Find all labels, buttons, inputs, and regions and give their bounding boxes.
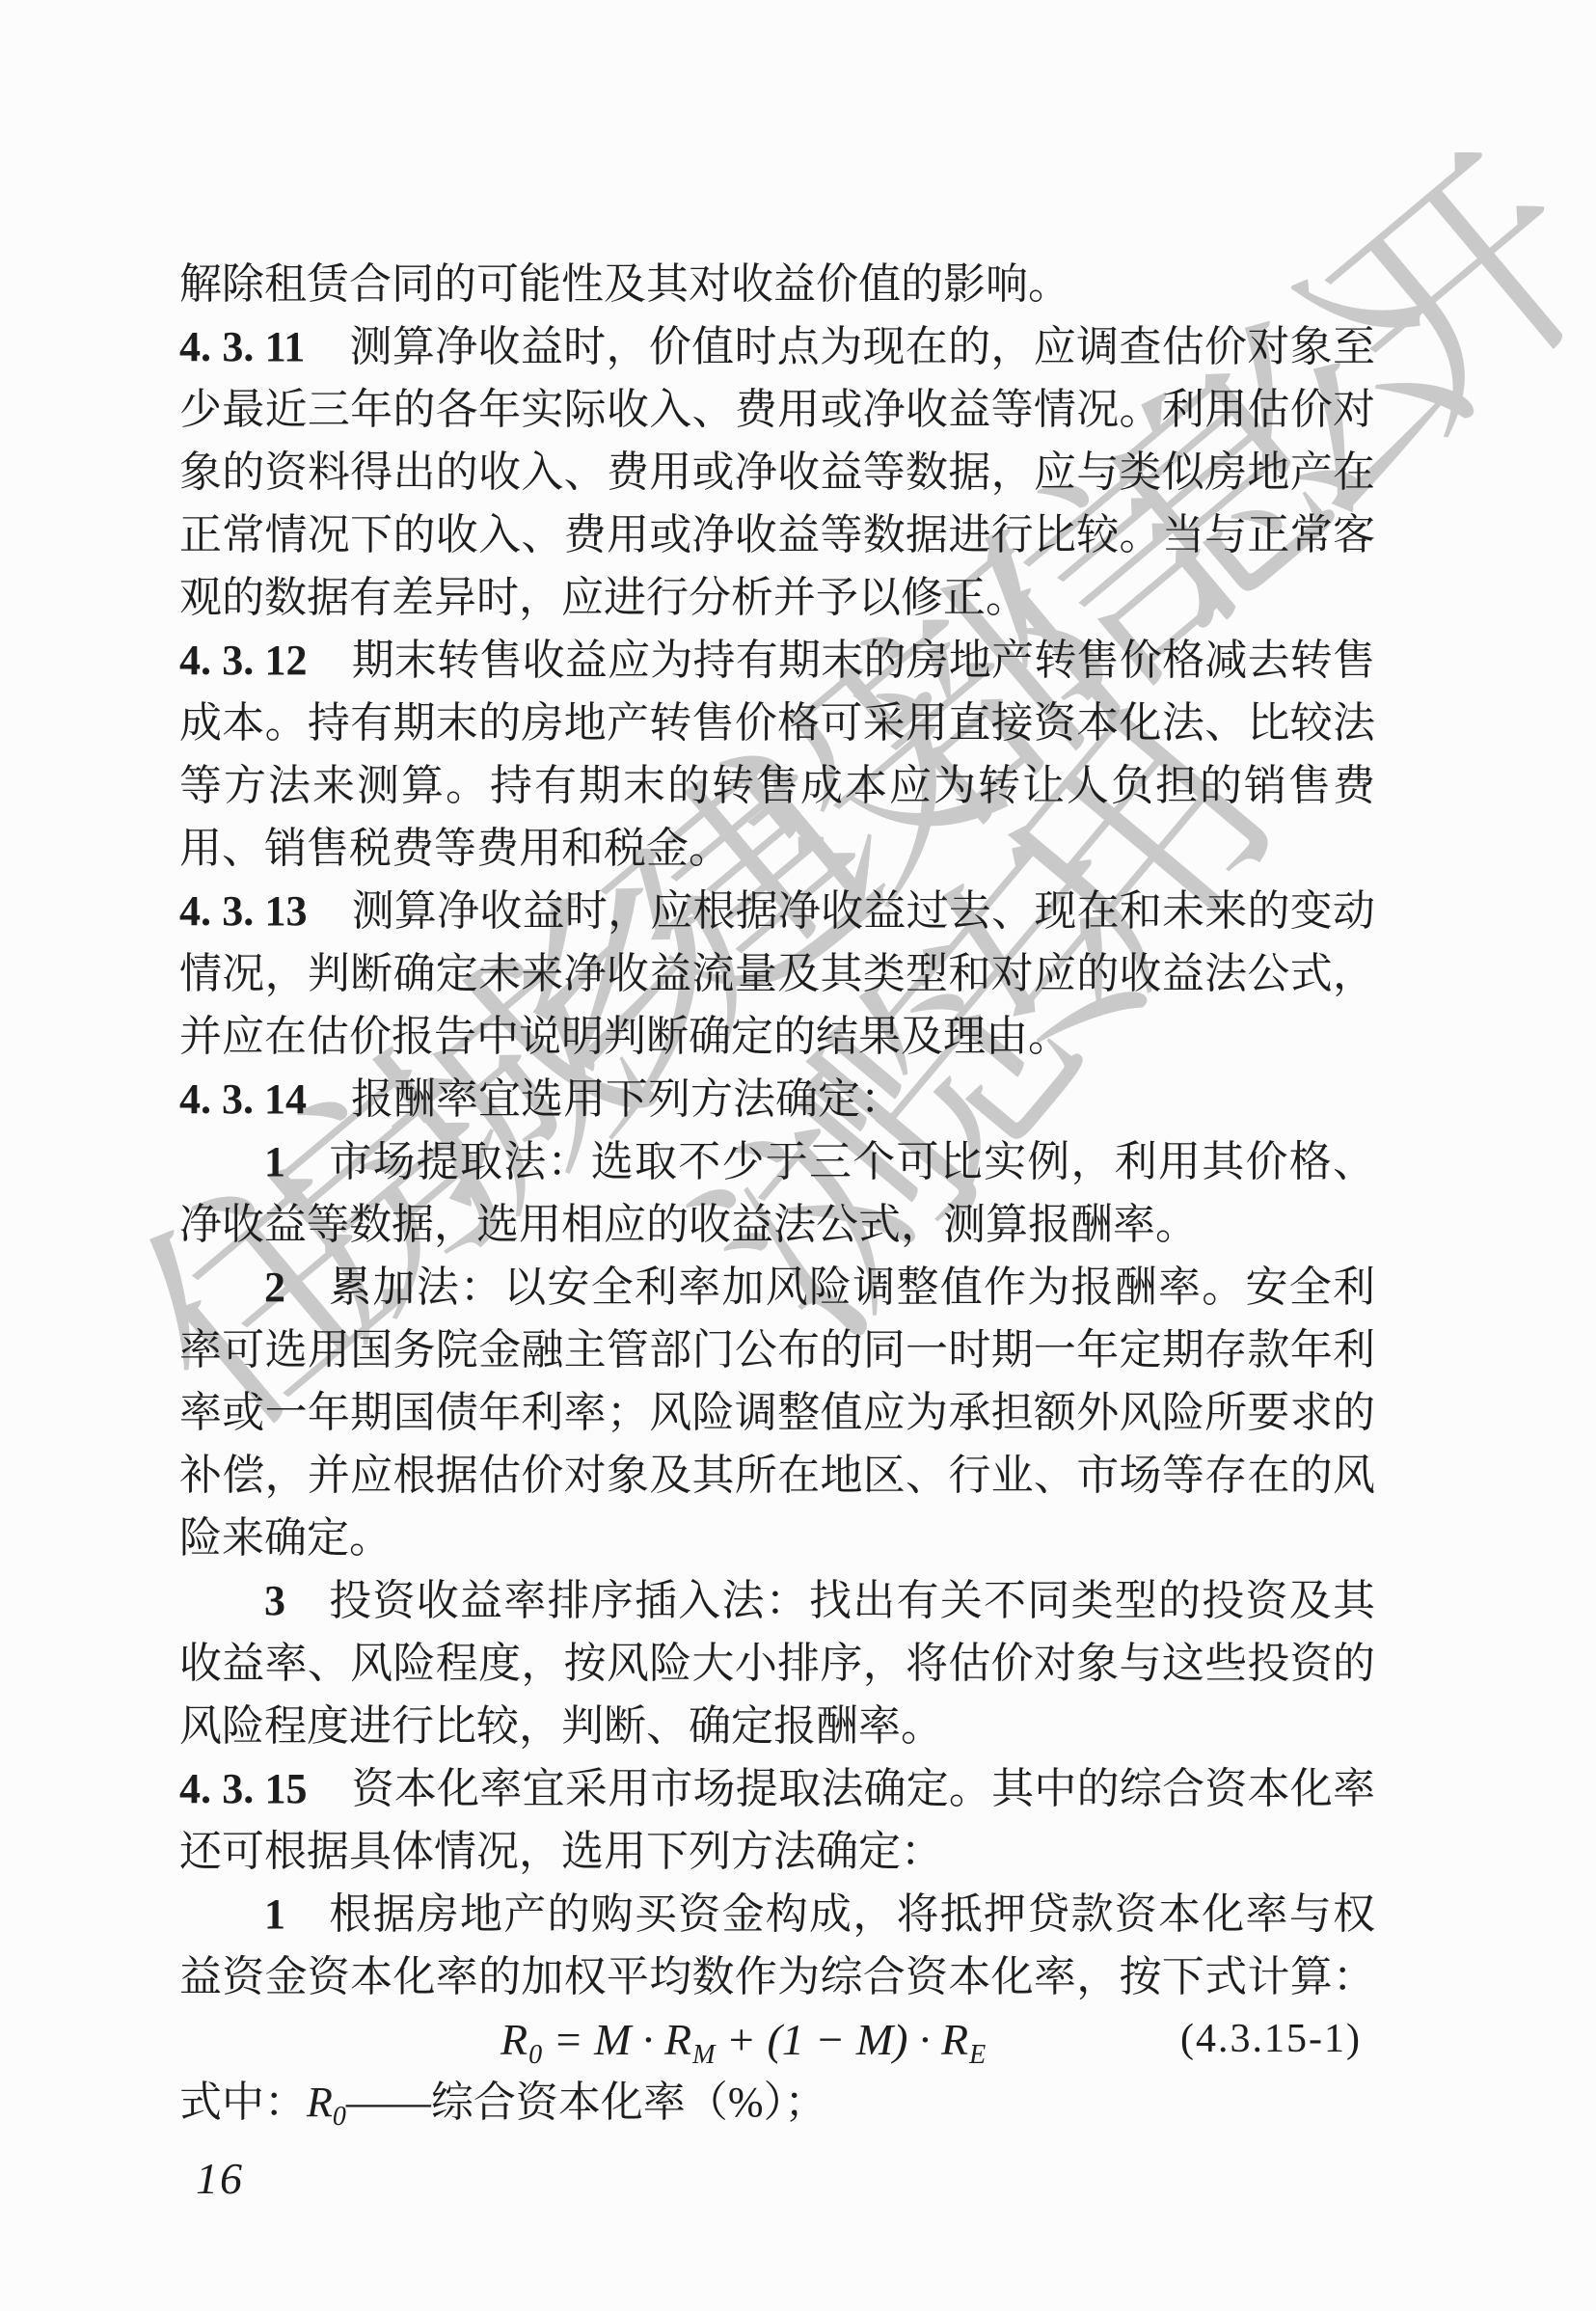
clause-number: 4. 3. 11 [179,323,305,370]
line-text: 报酬率宜选用下列方法确定： [351,1075,903,1123]
line-text: 期末转售收益应为持有期末的房地产转售价格减去转售 [351,637,1375,684]
clause-number: 4. 3. 13 [179,887,307,935]
line-text: 益资金资本化率的加权平均数作为综合资本化率，按下式计算： [179,1953,1375,2000]
clause-number: 4. 3. 15 [179,1765,307,1812]
text-line: 险来确定。 [179,1507,1375,1569]
formula-term: = [542,2015,594,2064]
line-text: 用、销售税费等费用和税金。 [179,825,731,872]
text-line: 4. 3. 12期末转售收益应为持有期末的房地产转售价格减去转售 [179,629,1375,692]
text-line: 净收益等数据，选用相应的收益法公式，测算报酬率。 [179,1193,1375,1256]
line-text: 正常情况下的收入、费用或净收益等数据进行比较。当与正常客 [179,511,1375,558]
formula-term: R [500,2015,527,2064]
clause-number: 2 [264,1264,285,1311]
text-line: 1市场提取法：选取不少于三个可比实例，利用其价格、 [179,1130,1375,1193]
text-line: 2累加法：以安全利率加风险调整值作为报酬率。安全利 [179,1256,1375,1319]
text-line: 补偿，并应根据估价对象及其所在地区、行业、市场等存在的风 [179,1444,1375,1507]
text-line: 观的数据有差异时，应进行分析并予以修正。 [179,566,1375,629]
text-line: 收益率、风险程度，按风险大小排序，将估价对象与这些投资的 [179,1632,1375,1695]
text-line: 4. 3. 14报酬率宜选用下列方法确定： [179,1068,1375,1130]
legend-dash: —— [346,2079,431,2126]
page-number: 16 [196,2153,244,2204]
text-line: 4. 3. 15资本化率宜采用市场提取法确定。其中的综合资本化率 [179,1757,1375,1820]
formula-term: ) · [893,2015,941,2064]
formula-subscript: M [692,2040,715,2070]
line-text: 情况，判断确定未来净收益流量及其类型和对应的收益法公式， [179,950,1375,997]
document-page: 住房城乡建设部信息公开 浏览专用 解除租赁合同的可能性及其对收益价值的影响。4.… [0,0,1596,2311]
text-line: 4. 3. 13测算净收益时，应根据净收益过去、现在和未来的变动 [179,880,1375,942]
line-text: 风险程度进行比较，判断、确定报酬率。 [179,1702,943,1750]
line-text: 测算净收益时，价值时点为现在的，应调查估价对象至 [349,323,1375,370]
clause-number: 1 [264,1138,285,1185]
text-line: 并应在估价报告中说明判断确定的结果及理由。 [179,1005,1375,1068]
line-text: 还可根据具体情况，选用下列方法确定： [179,1828,943,1875]
text-line: 益资金资本化率的加权平均数作为综合资本化率，按下式计算： [179,1945,1375,2008]
line-text: 成本。持有期末的房地产转售价格可采用直接资本化法、比较法 [179,699,1375,747]
line-text: 少最近三年的各年实际收入、费用或净收益等情况。利用估价对 [179,386,1375,433]
formula-subscript: 0 [528,2040,542,2070]
legend-variable-subscript: 0 [333,2102,346,2132]
clause-number: 4. 3. 12 [179,637,307,684]
text-line: 1根据房地产的购买资金构成，将抵押贷款资本化率与权 [179,1883,1375,1945]
clause-number: 1 [264,1890,285,1938]
formula-subscript: E [969,2040,986,2070]
line-text: 险来确定。 [179,1514,392,1562]
legend-variable: R [307,2079,333,2126]
text-line: 率或一年期国债年利率；风险调整值应为承担额外风险所要求的 [179,1381,1375,1444]
line-text: 净收益等数据，选用相应的收益法公式，测算报酬率。 [179,1201,1198,1248]
formula-expression: R0 = M · RM + (1 − M) · RE [500,2008,986,2086]
line-text: 测算净收益时，应根据净收益过去、现在和未来的变动 [351,887,1375,935]
equation-number: (4.3.15-1) [1180,2008,1362,2071]
line-text: 市场提取法：选取不少于三个可比实例，利用其价格、 [328,1138,1375,1185]
clause-number: 4. 3. 14 [179,1075,307,1123]
formula-term: + (1 − [715,2015,855,2064]
formula-term: · [631,2015,664,2064]
formula-term: M [594,2015,631,2064]
text-line: 风险程度进行比较，判断、确定报酬率。 [179,1695,1375,1757]
text-line: 少最近三年的各年实际收入、费用或净收益等情况。利用估价对 [179,378,1375,441]
text-line: 4. 3. 11测算净收益时，价值时点为现在的，应调查估价对象至 [179,315,1375,378]
clause-number: 3 [264,1577,285,1624]
text-line: 解除租赁合同的可能性及其对收益价值的影响。 [179,253,1375,315]
text-line: 正常情况下的收入、费用或净收益等数据进行比较。当与正常客 [179,503,1375,566]
legend-prefix: 式中： [179,2079,307,2126]
text-line: 象的资料得出的收入、费用或净收益等数据，应与类似房地产在 [179,441,1375,503]
formula-row: R0 = M · RM + (1 − M) · RE (4.3.15-1) [179,2008,1375,2071]
text-line: 还可根据具体情况，选用下列方法确定： [179,1820,1375,1883]
text-lines: 解除租赁合同的可能性及其对收益价值的影响。4. 3. 11测算净收益时，价值时点… [179,253,1375,2008]
formula-term: R [941,2015,968,2064]
text-line: 情况，判断确定未来净收益流量及其类型和对应的收益法公式， [179,942,1375,1005]
line-text: 补偿，并应根据估价对象及其所在地区、行业、市场等存在的风 [179,1452,1375,1499]
line-text: 累加法：以安全利率加风险调整值作为报酬率。安全利 [328,1264,1375,1311]
formula-term: M [856,2015,893,2064]
line-text: 投资收益率排序插入法：找出有关不同类型的投资及其 [328,1577,1375,1624]
line-text: 等方法来测算。持有期末的转售成本应为转让人负担的销售费 [179,762,1375,809]
text-line: 3投资收益率排序插入法：找出有关不同类型的投资及其 [179,1569,1375,1632]
line-text: 并应在估价报告中说明判断确定的结果及理由。 [179,1013,1070,1060]
line-text: 解除租赁合同的可能性及其对收益价值的影响。 [179,260,1070,308]
line-text: 根据房地产的购买资金构成，将抵押贷款资本化率与权 [328,1890,1375,1938]
line-text: 率或一年期国债年利率；风险调整值应为承担额外风险所要求的 [179,1389,1375,1436]
text-line: 成本。持有期末的房地产转售价格可采用直接资本化法、比较法 [179,692,1375,754]
line-text: 象的资料得出的收入、费用或净收益等数据，应与类似房地产在 [179,449,1375,496]
line-text: 观的数据有差异时，应进行分析并予以修正。 [179,574,1028,621]
text-line: 用、销售税费等费用和税金。 [179,817,1375,880]
line-text: 率可选用国务院金融主管部门公布的同一时期一年定期存款年利 [179,1326,1375,1373]
text-line: 率可选用国务院金融主管部门公布的同一时期一年定期存款年利 [179,1319,1375,1381]
line-text: 资本化率宜采用市场提取法确定。其中的综合资本化率 [351,1765,1375,1812]
line-text: 收益率、风险程度，按风险大小排序，将估价对象与这些投资的 [179,1640,1375,1687]
formula-term: R [664,2015,691,2064]
text-line: 等方法来测算。持有期末的转售成本应为转让人负担的销售费 [179,754,1375,817]
text-body: 解除租赁合同的可能性及其对收益价值的影响。4. 3. 11测算净收益时，价值时点… [179,253,1375,2134]
